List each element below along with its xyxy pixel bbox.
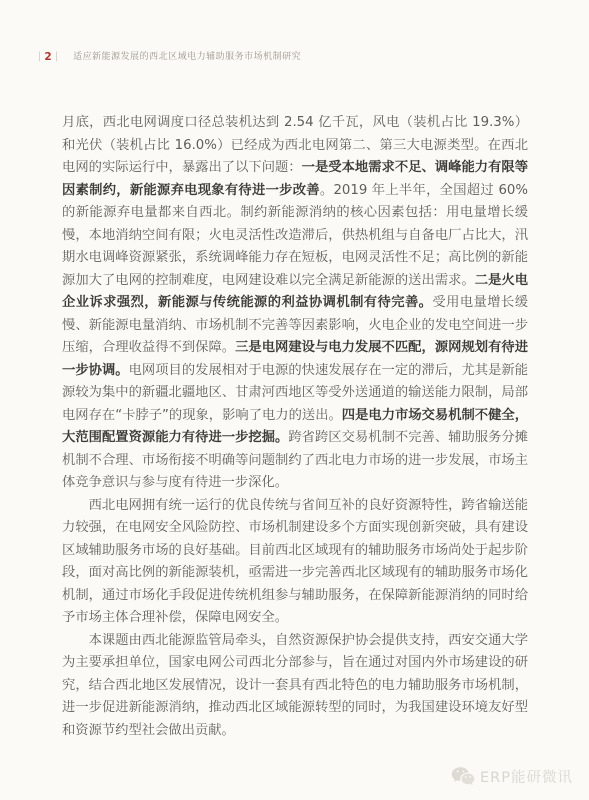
- text-run: 西北电网拥有统一运行的优良传统与省间互补的良好资源特性，跨省输送能力较强，在电网…: [62, 498, 528, 626]
- page-number-bar-right: |: [55, 51, 57, 63]
- paragraph: 西北电网拥有统一运行的优良传统与省间互补的良好资源特性，跨省输送能力较强，在电网…: [62, 495, 528, 630]
- page-number: 2: [44, 51, 51, 63]
- text-run: 本课题由西北能源监管局牵头，自然资源保护协会提供支持，西安交通大学为主要承担单位…: [62, 633, 528, 738]
- watermark-label: ERP能研微讯: [480, 766, 573, 787]
- text-run: 。2019 年上半年，全国超过 60% 的新能源弃电量都来自西北。制约新能源消纳…: [62, 183, 528, 288]
- document-page: | 2 | 适应新能源发展的西北区域电力辅助服务市场机制研究 月底，西北电网调度…: [0, 0, 589, 800]
- paragraph: 月底，西北电网调度口径总装机达到 2.54 亿千瓦，风电（装机占比 19.3%）…: [62, 112, 528, 495]
- watermark: ERP能研微讯: [451, 766, 573, 787]
- page-header: | 2 | 适应新能源发展的西北区域电力辅助服务市场机制研究: [38, 51, 301, 63]
- body-text: 月底，西北电网调度口径总装机达到 2.54 亿千瓦，风电（装机占比 19.3%）…: [62, 112, 528, 742]
- paragraph: 本课题由西北能源监管局牵头，自然资源保护协会提供支持，西安交通大学为主要承担单位…: [62, 630, 528, 743]
- running-title: 适应新能源发展的西北区域电力辅助服务市场机制研究: [73, 51, 301, 63]
- wechat-icon: [451, 766, 475, 787]
- page-number-bar-left: |: [39, 51, 41, 63]
